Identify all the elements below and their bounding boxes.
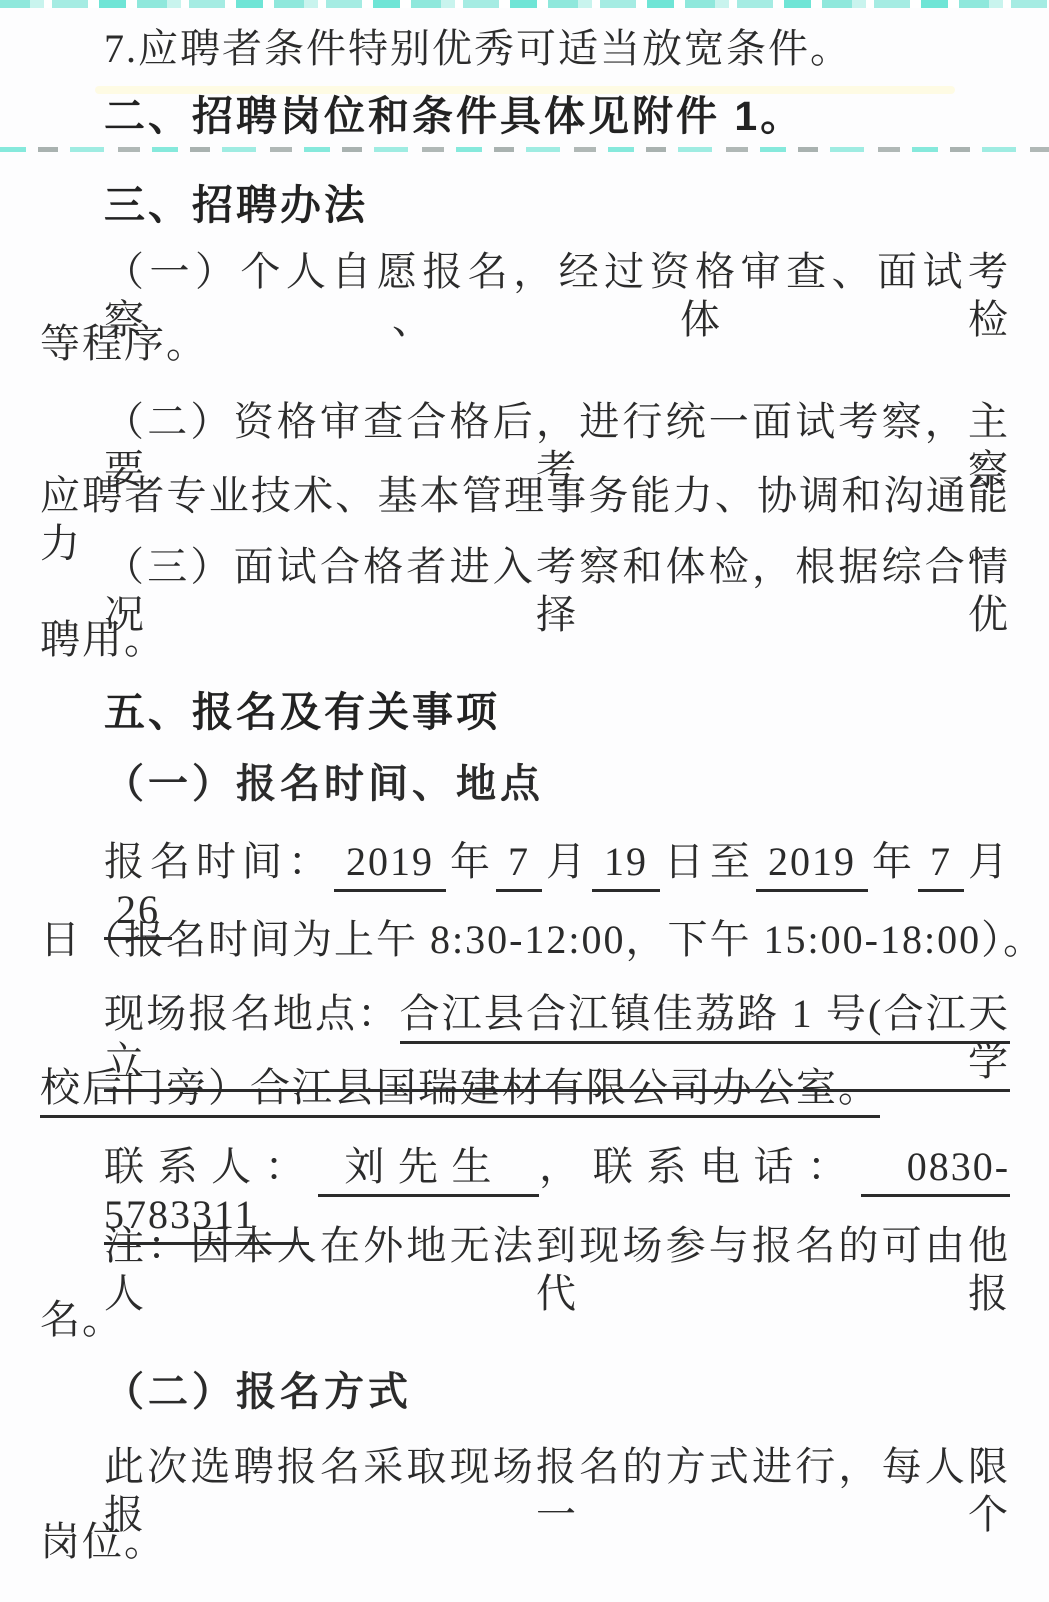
registration-location-line-2: 校后门旁）合江县国瑞建材有限公司办公室。 bbox=[40, 1064, 1010, 1112]
start-month-underline: 7 bbox=[496, 839, 542, 892]
month-suffix-2: 月 bbox=[964, 839, 1010, 884]
month-suffix: 月 bbox=[542, 839, 592, 884]
scan-artifact-top-strip bbox=[0, 0, 1049, 8]
registration-time-label: 报名时间： bbox=[104, 839, 334, 884]
para-apply-method-line-2: 岗位。 bbox=[40, 1518, 1010, 1566]
contact-phone-label: ，联系电话： bbox=[539, 1144, 861, 1189]
registration-location-label: 现场报名地点： bbox=[104, 991, 400, 1036]
proxy-note-line-2: 名。 bbox=[40, 1296, 1010, 1344]
year-suffix-2: 年 bbox=[868, 839, 918, 884]
clause-7-text: 7.应聘者条件特别优秀可适当放宽条件。 bbox=[40, 25, 1010, 73]
subheading-5-2-method: （二）报名方式 bbox=[40, 1368, 1010, 1416]
start-day-underline: 19 bbox=[592, 839, 660, 892]
end-year-underline: 2019 bbox=[756, 839, 868, 892]
end-month-underline: 7 bbox=[918, 839, 964, 892]
contact-name-underline: 刘先生 bbox=[318, 1144, 539, 1197]
start-year-underline: 2019 bbox=[334, 839, 446, 892]
heading-section-2: 二、招聘岗位和条件具体见附件 1。 bbox=[40, 92, 1010, 141]
date-range-separator: 日至 bbox=[660, 839, 756, 884]
heading-section-5: 五、报名及有关事项 bbox=[40, 688, 1010, 737]
para-method-3-line-2: 聘用。 bbox=[40, 616, 1010, 664]
heading-section-3: 三、招聘办法 bbox=[40, 181, 1010, 230]
contact-label: 联系人： bbox=[104, 1144, 318, 1189]
location-address-underline-2: 校后门旁）合江县国瑞建材有限公司办公室。 bbox=[40, 1065, 880, 1118]
page-fold-dashed-divider bbox=[0, 147, 1049, 152]
para-method-1-line-2: 等程序。 bbox=[40, 320, 1010, 368]
subheading-5-1-time-place: （一）报名时间、地点 bbox=[40, 760, 1010, 808]
year-suffix: 年 bbox=[446, 839, 496, 884]
scanned-document-page: 7.应聘者条件特别优秀可适当放宽条件。 二、招聘岗位和条件具体见附件 1。 三、… bbox=[0, 0, 1049, 1602]
registration-time-line-2: 日（报名时间为上午 8:30-12:00，下午 15:00-18:00）。 bbox=[40, 916, 1010, 964]
